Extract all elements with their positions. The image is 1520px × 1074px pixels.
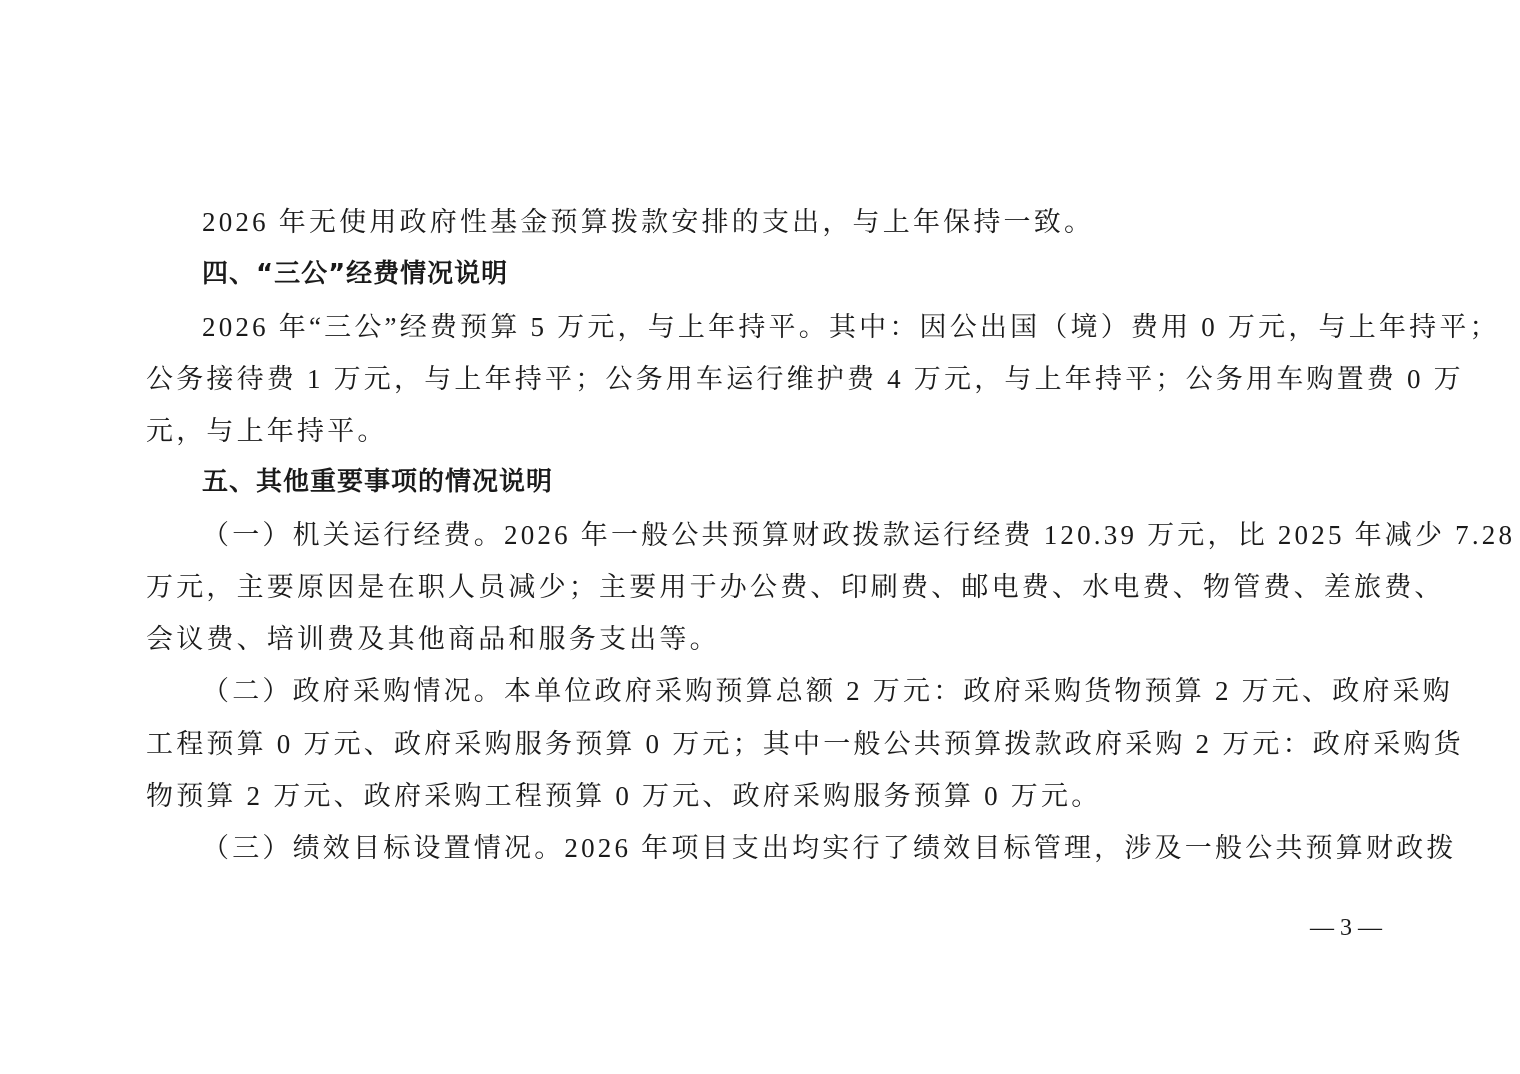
paragraph-three-public-line-2: 公务接待费 1 万元，与上年持平；公务用车运行维护费 4 万元，与上年持平；公务…: [146, 361, 1386, 397]
paragraph-fund-budget: 2026 年无使用政府性基金预算拨款安排的支出，与上年保持一致。: [202, 204, 1386, 240]
paragraph-operating-expenses-line-3: 会议费、培训费及其他商品和服务支出等。: [146, 621, 1386, 657]
section-heading-three-public-expenses: 四、“三公”经费情况说明: [202, 256, 508, 292]
document-page: 2026 年无使用政府性基金预算拨款安排的支出，与上年保持一致。 四、“三公”经…: [0, 0, 1520, 1074]
paragraph-performance-targets-line-1: （三）绩效目标设置情况。2026 年项目支出均实行了绩效目标管理，涉及一般公共预…: [202, 830, 1386, 866]
paragraph-operating-expenses-line-1: （一）机关运行经费。2026 年一般公共预算财政拨款运行经费 120.39 万元…: [202, 517, 1386, 553]
paragraph-three-public-line-3: 元，与上年持平。: [146, 413, 1386, 449]
section-heading-other-matters: 五、其他重要事项的情况说明: [202, 464, 553, 500]
paragraph-procurement-line-1: （二）政府采购情况。本单位政府采购预算总额 2 万元：政府采购货物预算 2 万元…: [202, 673, 1386, 709]
paragraph-procurement-line-3: 物预算 2 万元、政府采购工程预算 0 万元、政府采购服务预算 0 万元。: [146, 778, 1386, 814]
paragraph-operating-expenses-line-2: 万元，主要原因是在职人员减少；主要用于办公费、印刷费、邮电费、水电费、物管费、差…: [146, 569, 1386, 605]
page-number: — 3 —: [1310, 912, 1382, 944]
paragraph-three-public-line-1: 2026 年“三公”经费预算 5 万元，与上年持平。其中：因公出国（境）费用 0…: [202, 309, 1386, 345]
paragraph-procurement-line-2: 工程预算 0 万元、政府采购服务预算 0 万元；其中一般公共预算拨款政府采购 2…: [146, 726, 1386, 762]
